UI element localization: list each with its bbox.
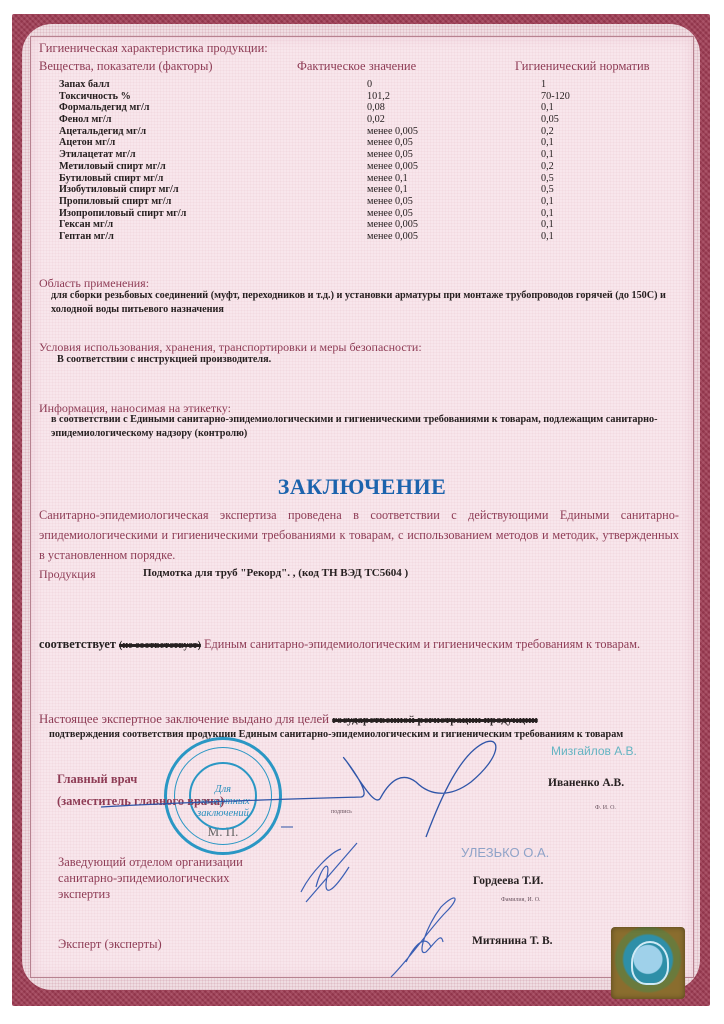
handwritten-signatures: [31, 37, 693, 977]
certificate-page: Гигиеническая характеристика продукции: …: [30, 36, 694, 978]
